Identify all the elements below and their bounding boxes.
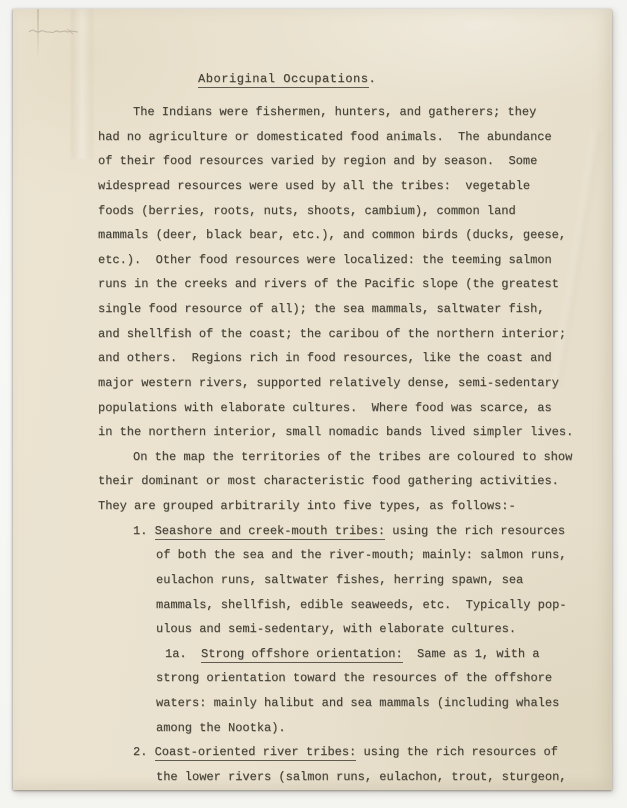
page-title-period: . — [369, 72, 377, 86]
text-segment: 1a. — [165, 647, 201, 661]
text-line: foods (berries, roots, nuts, shoots, cam… — [13, 199, 612, 224]
text-line: eulachon runs, saltwater fishes, herring… — [13, 568, 612, 593]
text-line: of both the sea and the river-mouth; mai… — [13, 543, 612, 568]
pencil-annotation-mark — [27, 23, 81, 39]
text-line: strong orientation toward the resources … — [13, 666, 612, 691]
text-line: mammals (deer, black bear, etc.), and co… — [13, 223, 612, 248]
text-line: major western rivers, supported relative… — [13, 371, 612, 396]
text-segment: waters: mainly halibut and sea mammals (… — [156, 696, 559, 710]
document-body: The Indians were fishermen, hunters, and… — [13, 100, 612, 790]
text-line: had no agriculture or domesticated food … — [13, 125, 612, 150]
text-line: They are grouped arbitrarily into five t… — [13, 494, 612, 519]
text-segment: mammals (deer, black bear, etc.), and co… — [98, 228, 566, 242]
text-segment: Same as 1, with a — [403, 647, 540, 661]
text-line: 1. Seashore and creek-mouth tribes: usin… — [13, 519, 612, 544]
underlined-heading: Seashore and creek-mouth tribes: — [155, 524, 385, 540]
text-line: widespread resources were used by all th… — [13, 174, 612, 199]
text-line: etc.). Other food resources were localiz… — [13, 248, 612, 273]
text-line: The Indians were fishermen, hunters, and… — [13, 100, 612, 125]
text-line: mammals, shellfish, edible seaweeds, etc… — [13, 593, 612, 618]
text-line: of their food resources varied by region… — [13, 149, 612, 174]
underlined-heading: Strong offshore orientation: — [201, 647, 403, 663]
text-line: and shellfish of the coast; the caribou … — [13, 322, 612, 347]
text-segment: They are grouped arbitrarily into five t… — [98, 499, 516, 513]
text-line: runs in the creeks and rivers of the Pac… — [13, 272, 612, 297]
text-segment: 2. — [133, 745, 155, 759]
text-line: On the map the territories of the tribes… — [13, 445, 612, 470]
text-segment: foods (berries, roots, nuts, shoots, cam… — [98, 204, 516, 218]
text-segment: their dominant or most characteristic fo… — [98, 474, 559, 488]
text-segment: major western rivers, supported relative… — [98, 376, 559, 390]
text-segment: mammals, shellfish, edible seaweeds, etc… — [156, 598, 566, 612]
text-segment: etc.). Other food resources were localiz… — [98, 253, 552, 267]
underlined-heading: Coast-oriented river tribes: — [155, 745, 357, 761]
text-segment: had no agriculture or domesticated food … — [98, 130, 552, 144]
document-page: Aboriginal Occupations. The Indians were… — [13, 9, 612, 790]
text-segment: using the rich resources — [385, 524, 565, 538]
text-line: 1a. Strong offshore orientation: Same as… — [13, 642, 612, 667]
text-line: single food resource of all); the sea ma… — [13, 297, 612, 322]
text-segment: using the rich resources of — [356, 745, 558, 759]
text-segment: populations with elaborate cultures. Whe… — [98, 401, 552, 415]
text-segment: eulachon runs, saltwater fishes, herring… — [156, 573, 523, 587]
text-line: 2. Coast-oriented river tribes: using th… — [13, 740, 612, 765]
page-title: Aboriginal Occupations. — [198, 72, 376, 86]
text-line: their dominant or most characteristic fo… — [13, 469, 612, 494]
text-segment: and shellfish of the coast; the caribou … — [98, 327, 566, 341]
text-segment: widespread resources were used by all th… — [98, 179, 530, 193]
text-segment: strong orientation toward the resources … — [156, 671, 552, 685]
text-line: in the northern interior, small nomadic … — [13, 420, 612, 445]
text-segment: among the Nootka). — [156, 721, 286, 735]
scanned-document: Aboriginal Occupations. The Indians were… — [0, 0, 627, 808]
text-segment: in the northern interior, small nomadic … — [98, 425, 573, 439]
text-line: waters: mainly halibut and sea mammals (… — [13, 691, 612, 716]
text-line: and others. Regions rich in food resourc… — [13, 346, 612, 371]
text-segment: runs in the creeks and rivers of the Pac… — [98, 277, 559, 291]
text-line: among the Nootka). — [13, 716, 612, 741]
text-segment: single food resource of all); the sea ma… — [98, 302, 544, 316]
text-segment: The Indians were fishermen, hunters, and… — [133, 105, 536, 119]
text-segment: the lower rivers (salmon runs, eulachon,… — [156, 770, 566, 784]
text-line: ulous and semi-sedentary, with elaborate… — [13, 617, 612, 642]
page-title-text: Aboriginal Occupations — [198, 72, 369, 88]
text-segment: ulous and semi-sedentary, with elaborate… — [156, 622, 516, 636]
text-line: populations with elaborate cultures. Whe… — [13, 396, 612, 421]
text-segment: of their food resources varied by region… — [98, 154, 537, 168]
text-segment: 1. — [133, 524, 155, 538]
text-segment: On the map the territories of the tribes… — [133, 450, 572, 464]
text-segment: and others. Regions rich in food resourc… — [98, 351, 552, 365]
text-line: the lower rivers (salmon runs, eulachon,… — [13, 765, 612, 790]
text-segment: of both the sea and the river-mouth; mai… — [156, 548, 566, 562]
